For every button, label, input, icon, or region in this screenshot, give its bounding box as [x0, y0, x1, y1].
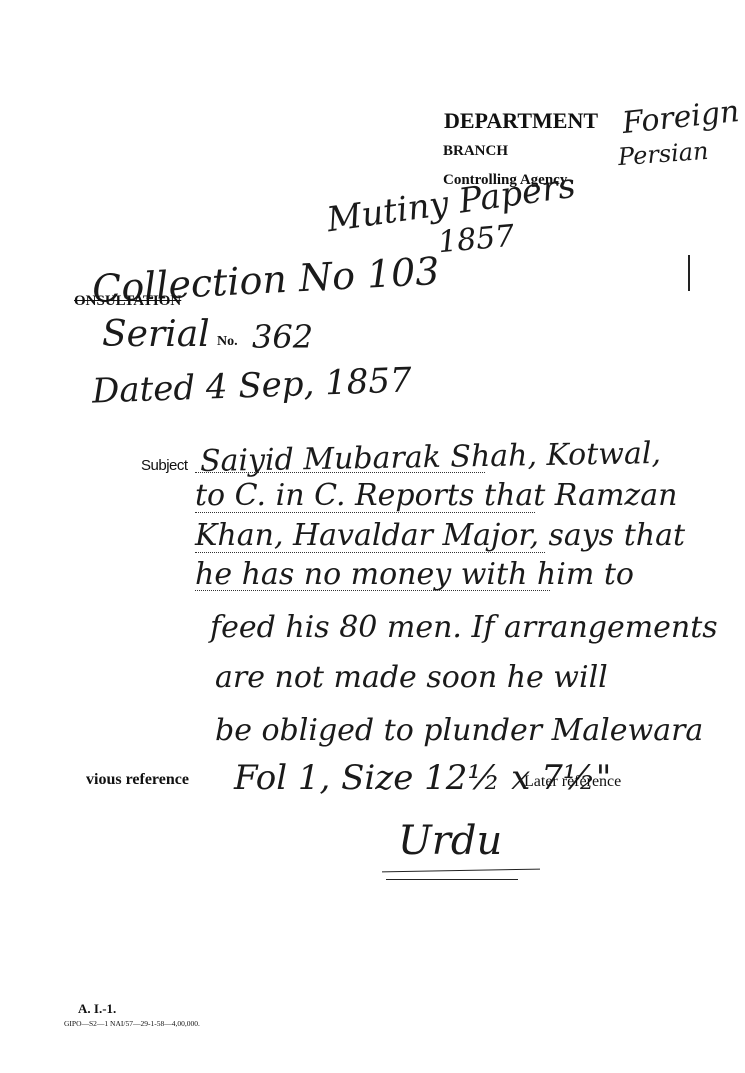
form-code: A. I.-1. — [78, 1001, 116, 1017]
subject-line-3: Khan, Havaldar Major, says that — [195, 518, 685, 553]
serial-value: 362 — [252, 318, 313, 356]
language-value: Urdu — [398, 818, 502, 864]
later-reference-label: Later reference — [524, 773, 621, 791]
branch-value: Persian — [617, 137, 709, 171]
subject-label: Subject — [141, 457, 188, 474]
department-value: Foreign — [620, 94, 740, 141]
branch-label: BRANCH — [443, 143, 508, 160]
subject-line-7: be obliged to plunder Malewara — [215, 713, 703, 748]
print-line: GIPO—S2—1 NAI/57—29-1-58—4,00,000. — [64, 1019, 200, 1028]
department-label: DEPARTMENT — [444, 108, 598, 134]
subject-line-1: Saiyid Mubarak Shah, Kotwal, — [200, 436, 662, 479]
consultation-label: ONSULTATION — [74, 293, 181, 310]
margin-mark — [688, 255, 690, 291]
language-underline-1 — [382, 869, 540, 873]
subject-line-5: feed his 80 men. If arrangements — [210, 610, 718, 645]
previous-reference-label: vious reference — [86, 771, 189, 789]
dated-value: Dated 4 Sep, 1857 — [91, 360, 412, 411]
language-underline-2 — [386, 879, 518, 880]
serial-no-label: No. — [217, 334, 238, 350]
subject-line-2: to C. in C. Reports that Ramzan — [195, 478, 677, 513]
subject-line-6: are not made soon he will — [215, 660, 608, 695]
controlling-agency-year: 1857 — [437, 219, 516, 261]
subject-line-4: he has no money with him to — [195, 557, 634, 592]
serial-handwritten-label: Serial — [102, 314, 210, 355]
